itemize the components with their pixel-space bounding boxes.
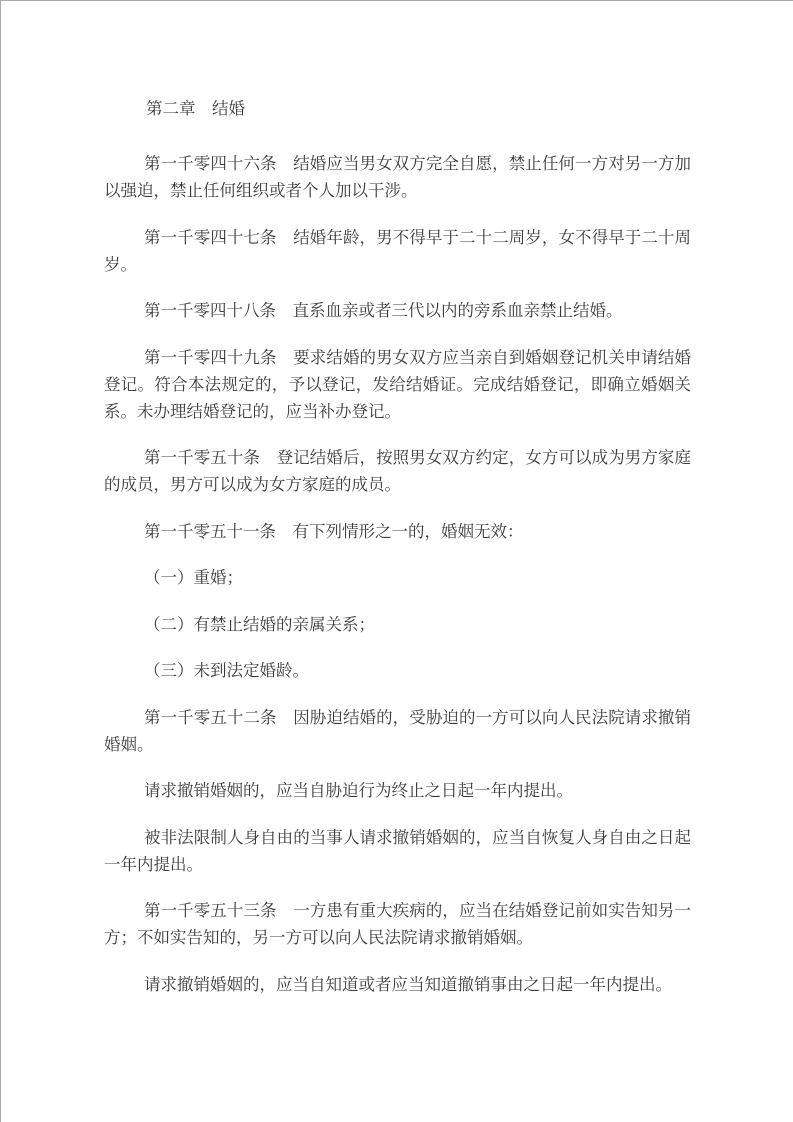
paragraph-13: 第一千零五十三条 一方患有重大疾病的，应当在结婚登记前如实告知另一方；不如实告知… [104, 897, 691, 951]
paragraph-10: 第一千零五十二条 因胁迫结婚的，受胁迫的一方可以向人民法院请求撤销婚姻。 [104, 704, 691, 758]
paragraph-8: （二）有禁止结婚的亲属关系； [104, 611, 691, 638]
paragraph-2: 第一千零四十七条 结婚年龄，男不得早于二十二周岁，女不得早于二十周岁。 [104, 224, 691, 278]
paragraph-7: （一）重婚； [104, 564, 691, 591]
paragraph-4: 第一千零四十九条 要求结婚的男女双方应当亲自到婚姻登记机关申请结婚登记。符合本法… [104, 344, 691, 425]
paragraph-1: 第一千零四十六条 结婚应当男女双方完全自愿，禁止任何一方对另一方加以强迫，禁止任… [104, 150, 691, 204]
paragraph-5: 第一千零五十条 登记结婚后，按照男女双方约定，女方可以成为男方家庭的成员，男方可… [104, 444, 691, 498]
chapter-heading: 第二章 结婚 [104, 95, 691, 122]
paragraph-3: 第一千零四十八条 直系血亲或者三代以内的旁系血亲禁止结婚。 [104, 297, 691, 324]
paragraph-11: 请求撤销婚姻的，应当自胁迫行为终止之日起一年内提出。 [104, 777, 691, 804]
paragraph-9: （三）未到法定婚龄。 [104, 657, 691, 684]
paragraph-12: 被非法限制人身自由的当事人请求撤销婚姻的，应当自恢复人身自由之日起一年内提出。 [104, 824, 691, 878]
paragraph-6: 第一千零五十一条 有下列情形之一的，婚姻无效： [104, 518, 691, 545]
document-body: 第一千零四十六条 结婚应当男女双方完全自愿，禁止任何一方对另一方加以强迫，禁止任… [104, 150, 691, 998]
document-page: 第二章 结婚 第一千零四十六条 结婚应当男女双方完全自愿，禁止任何一方对另一方加… [0, 0, 793, 1122]
paragraph-14: 请求撤销婚姻的，应当自知道或者应当知道撤销事由之日起一年内提出。 [104, 971, 691, 998]
